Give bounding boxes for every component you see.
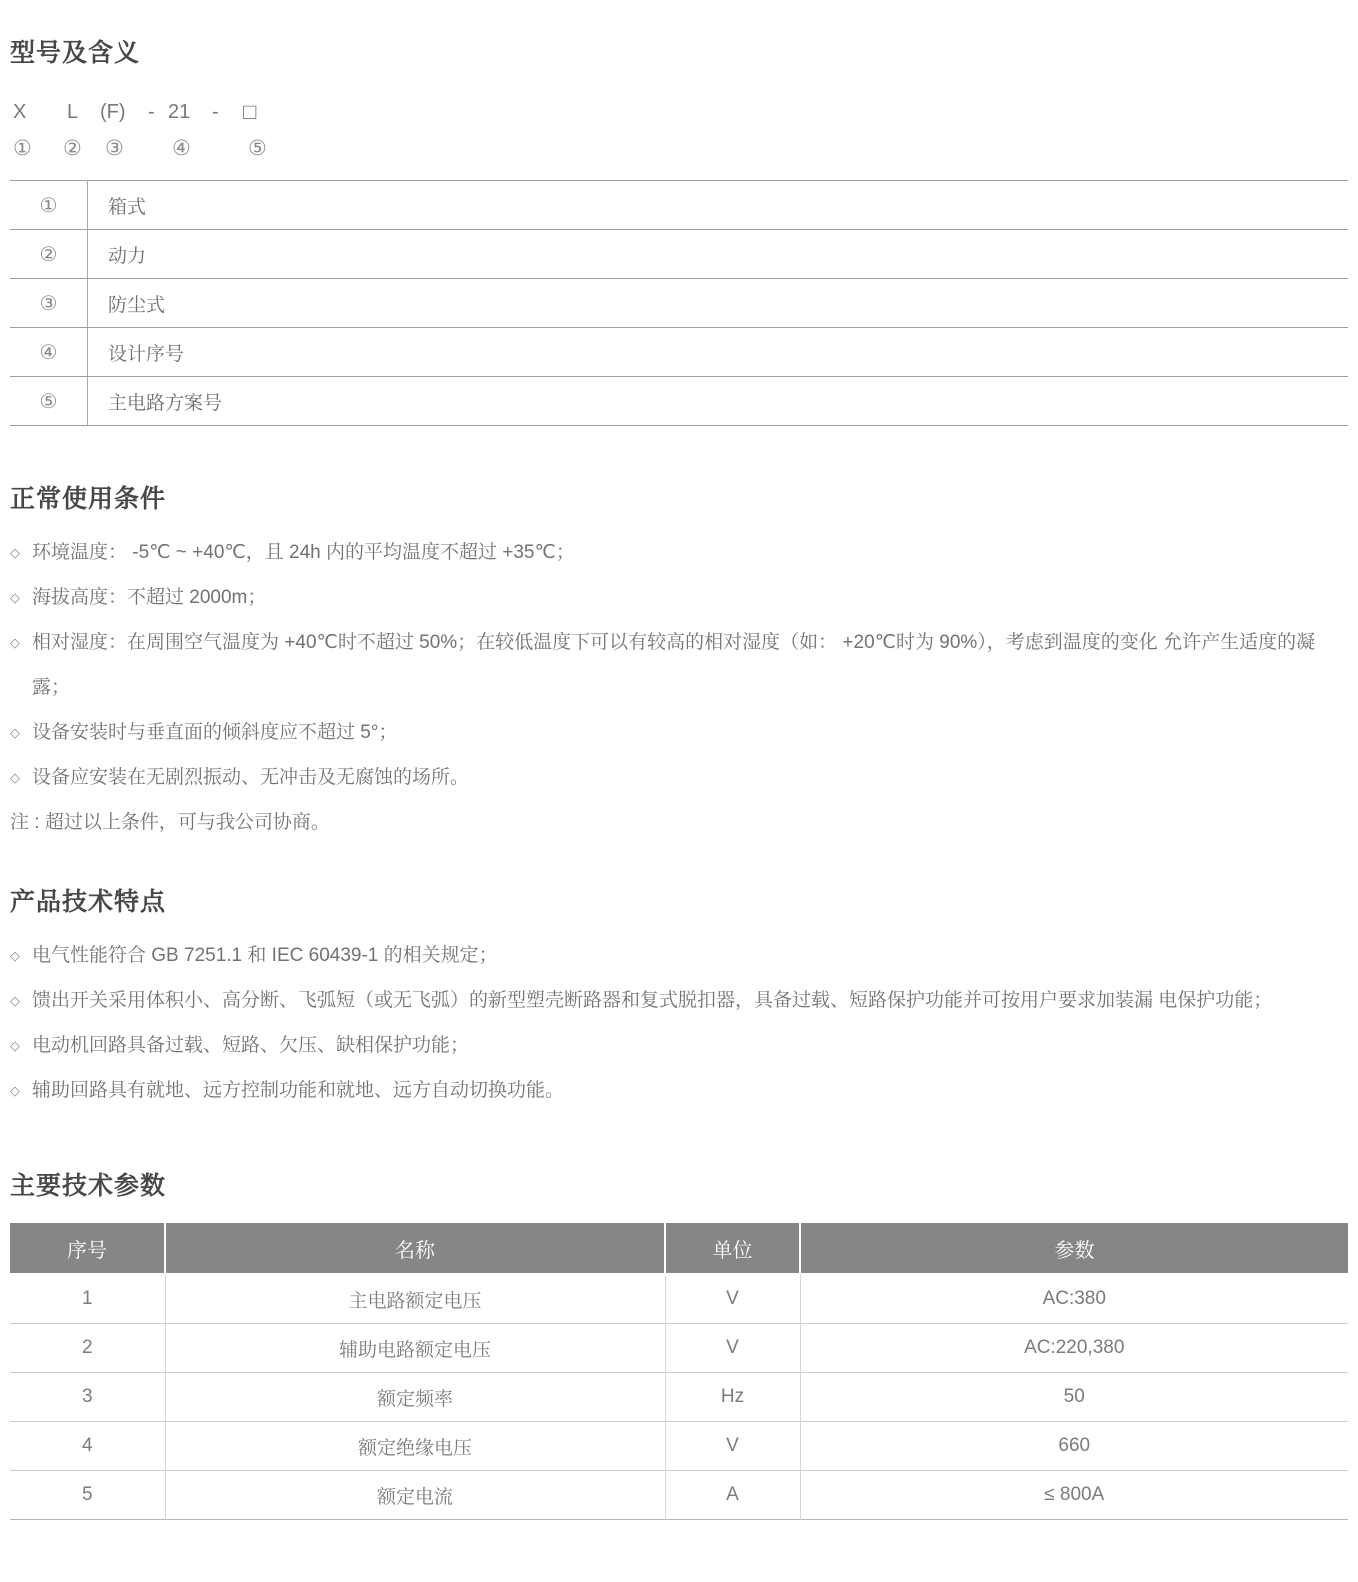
cell-name: 额定绝缘电压 xyxy=(165,1422,665,1471)
cell-unit: V xyxy=(665,1422,800,1471)
feature-text: 电动机回路具备过载、短路、欠压、缺相保护功能； xyxy=(32,1035,469,1056)
cell-parameter: ≤ 800A xyxy=(800,1471,1348,1520)
model-code-token: 21 xyxy=(168,100,190,124)
model-row-number: ④ xyxy=(10,328,88,377)
list-item: ◇ 设备应安装在无剧烈振动、无冲击及无腐蚀的场所。 xyxy=(10,755,1348,800)
table-row: 2 辅助电路额定电压 V AC:220,380 xyxy=(10,1324,1348,1373)
cell-name: 额定电流 xyxy=(165,1471,665,1520)
cell-name: 额定频率 xyxy=(165,1373,665,1422)
condition-text: 设备应安装在无剧烈振动、无冲击及无腐蚀的场所。 xyxy=(32,767,469,788)
column-header-name: 名称 xyxy=(165,1223,665,1274)
model-code-token: (F) xyxy=(100,100,126,124)
table-row: 5 额定电流 A ≤ 800A xyxy=(10,1471,1348,1520)
column-header-unit: 单位 xyxy=(665,1223,800,1274)
cell-name: 辅助电路额定电压 xyxy=(165,1324,665,1373)
table-row: ③ 防尘式 xyxy=(10,279,1348,328)
circled-number-icon: ④ xyxy=(172,136,191,162)
model-row-label: 防尘式 xyxy=(88,279,1349,328)
model-code-placeholder-box: □ xyxy=(243,100,256,124)
features-list: ◇ 电气性能符合 GB 7251.1 和 IEC 60439-1 的相关规定； … xyxy=(10,933,1348,1113)
model-code-line: X L (F) - 21 - □ xyxy=(10,100,1348,124)
conditions-list: ◇ 环境温度： -5℃ ~ +40℃，且 24h 内的平均温度不超过 +35℃；… xyxy=(10,530,1348,845)
model-row-number: ⑤ xyxy=(10,377,88,426)
section-title-model-meaning: 型号及含义 xyxy=(10,0,1348,70)
cell-unit: Hz xyxy=(665,1373,800,1422)
diamond-bullet-icon: ◇ xyxy=(10,620,20,665)
section-title-main-technical-parameters: 主要技术参数 xyxy=(10,1169,1348,1203)
condition-text: 环境温度： -5℃ ~ +40℃，且 24h 内的平均温度不超过 +35℃； xyxy=(32,542,575,563)
table-row: ⑤ 主电路方案号 xyxy=(10,377,1348,426)
model-row-label: 设计序号 xyxy=(88,328,1349,377)
model-row-label: 箱式 xyxy=(88,181,1349,230)
diamond-bullet-icon: ◇ xyxy=(10,530,20,575)
table-row: 4 额定绝缘电压 V 660 xyxy=(10,1422,1348,1471)
circled-number-icon: ② xyxy=(63,136,82,162)
diamond-bullet-icon: ◇ xyxy=(10,755,20,800)
table-header-row: 序号 名称 单位 参数 xyxy=(10,1223,1348,1274)
cell-index: 2 xyxy=(10,1324,165,1373)
diamond-bullet-icon: ◇ xyxy=(10,575,20,620)
condition-text: 相对湿度：在周围空气温度为 +40℃时不超过 50%；在较低温度下可以有较高的相… xyxy=(32,632,1315,698)
model-code-token: X xyxy=(13,100,26,124)
feature-text: 辅助回路具有就地、远方控制功能和就地、远方自动切换功能。 xyxy=(32,1080,564,1101)
cell-unit: V xyxy=(665,1324,800,1373)
cell-index: 5 xyxy=(10,1471,165,1520)
diamond-bullet-icon: ◇ xyxy=(10,1068,20,1113)
model-circle-number-line: ① ② ③ ④ ⑤ xyxy=(10,136,1348,162)
list-item: ◇ 电动机回路具备过载、短路、欠压、缺相保护功能； xyxy=(10,1023,1348,1068)
diamond-bullet-icon: ◇ xyxy=(10,1023,20,1068)
cell-parameter: AC:380 xyxy=(800,1274,1348,1324)
cell-parameter: 50 xyxy=(800,1373,1348,1422)
list-item: ◇ 海拔高度：不超过 2000m； xyxy=(10,575,1348,620)
model-row-number: ③ xyxy=(10,279,88,328)
cell-name: 主电路额定电压 xyxy=(165,1274,665,1324)
condition-text: 设备安装时与垂直面的倾斜度应不超过 5°； xyxy=(32,722,397,743)
circled-number-icon: ③ xyxy=(105,136,124,162)
cell-parameter: AC:220,380 xyxy=(800,1324,1348,1373)
table-row: 3 额定频率 Hz 50 xyxy=(10,1373,1348,1422)
model-code-token: - xyxy=(148,100,155,124)
conditions-note: 注 : 超过以上条件，可与我公司协商。 xyxy=(10,800,1348,845)
table-row: ② 动力 xyxy=(10,230,1348,279)
cell-index: 4 xyxy=(10,1422,165,1471)
cell-unit: A xyxy=(665,1471,800,1520)
section-title-product-features: 产品技术特点 xyxy=(10,885,1348,919)
section-title-normal-use-conditions: 正常使用条件 xyxy=(10,482,1348,516)
circled-number-icon: ⑤ xyxy=(248,136,267,162)
column-header-index: 序号 xyxy=(10,1223,165,1274)
list-item: ◇ 电气性能符合 GB 7251.1 和 IEC 60439-1 的相关规定； xyxy=(10,933,1348,978)
list-item: ◇ 辅助回路具有就地、远方控制功能和就地、远方自动切换功能。 xyxy=(10,1068,1348,1113)
diamond-bullet-icon: ◇ xyxy=(10,710,20,755)
list-item: ◇ 馈出开关采用体积小、高分断、飞弧短（或无飞弧）的新型塑壳断路器和复式脱扣器，… xyxy=(10,978,1348,1023)
list-item: ◇ 设备安装时与垂直面的倾斜度应不超过 5°； xyxy=(10,710,1348,755)
model-row-number: ① xyxy=(10,181,88,230)
table-row: ④ 设计序号 xyxy=(10,328,1348,377)
diamond-bullet-icon: ◇ xyxy=(10,978,20,1023)
condition-text: 海拔高度：不超过 2000m； xyxy=(32,587,266,608)
cell-parameter: 660 xyxy=(800,1422,1348,1471)
circled-number-icon: ① xyxy=(13,136,32,162)
model-code-token: - xyxy=(212,100,219,124)
feature-text: 馈出开关采用体积小、高分断、飞弧短（或无飞弧）的新型塑壳断路器和复式脱扣器，具备… xyxy=(32,990,1272,1011)
model-code-token: L xyxy=(67,100,78,124)
model-row-label: 主电路方案号 xyxy=(88,377,1349,426)
cell-index: 1 xyxy=(10,1274,165,1324)
diamond-bullet-icon: ◇ xyxy=(10,933,20,978)
cell-unit: V xyxy=(665,1274,800,1324)
cell-index: 3 xyxy=(10,1373,165,1422)
table-row: 1 主电路额定电压 V AC:380 xyxy=(10,1274,1348,1324)
datasheet-page: 型号及含义 X L (F) - 21 - □ ① ② ③ ④ ⑤ ① 箱式 ② … xyxy=(0,0,1358,1582)
technical-parameters-table: 序号 名称 单位 参数 1 主电路额定电压 V AC:380 2 辅助电路额定电… xyxy=(10,1223,1348,1520)
model-meaning-table: ① 箱式 ② 动力 ③ 防尘式 ④ 设计序号 ⑤ 主电路方案号 xyxy=(10,180,1348,426)
list-item: ◇ 环境温度： -5℃ ~ +40℃，且 24h 内的平均温度不超过 +35℃； xyxy=(10,530,1348,575)
column-header-parameter: 参数 xyxy=(800,1223,1348,1274)
table-row: ① 箱式 xyxy=(10,181,1348,230)
feature-text: 电气性能符合 GB 7251.1 和 IEC 60439-1 的相关规定； xyxy=(32,945,498,966)
list-item: ◇ 相对湿度：在周围空气温度为 +40℃时不超过 50%；在较低温度下可以有较高… xyxy=(10,620,1348,710)
model-row-label: 动力 xyxy=(88,230,1349,279)
model-row-number: ② xyxy=(10,230,88,279)
